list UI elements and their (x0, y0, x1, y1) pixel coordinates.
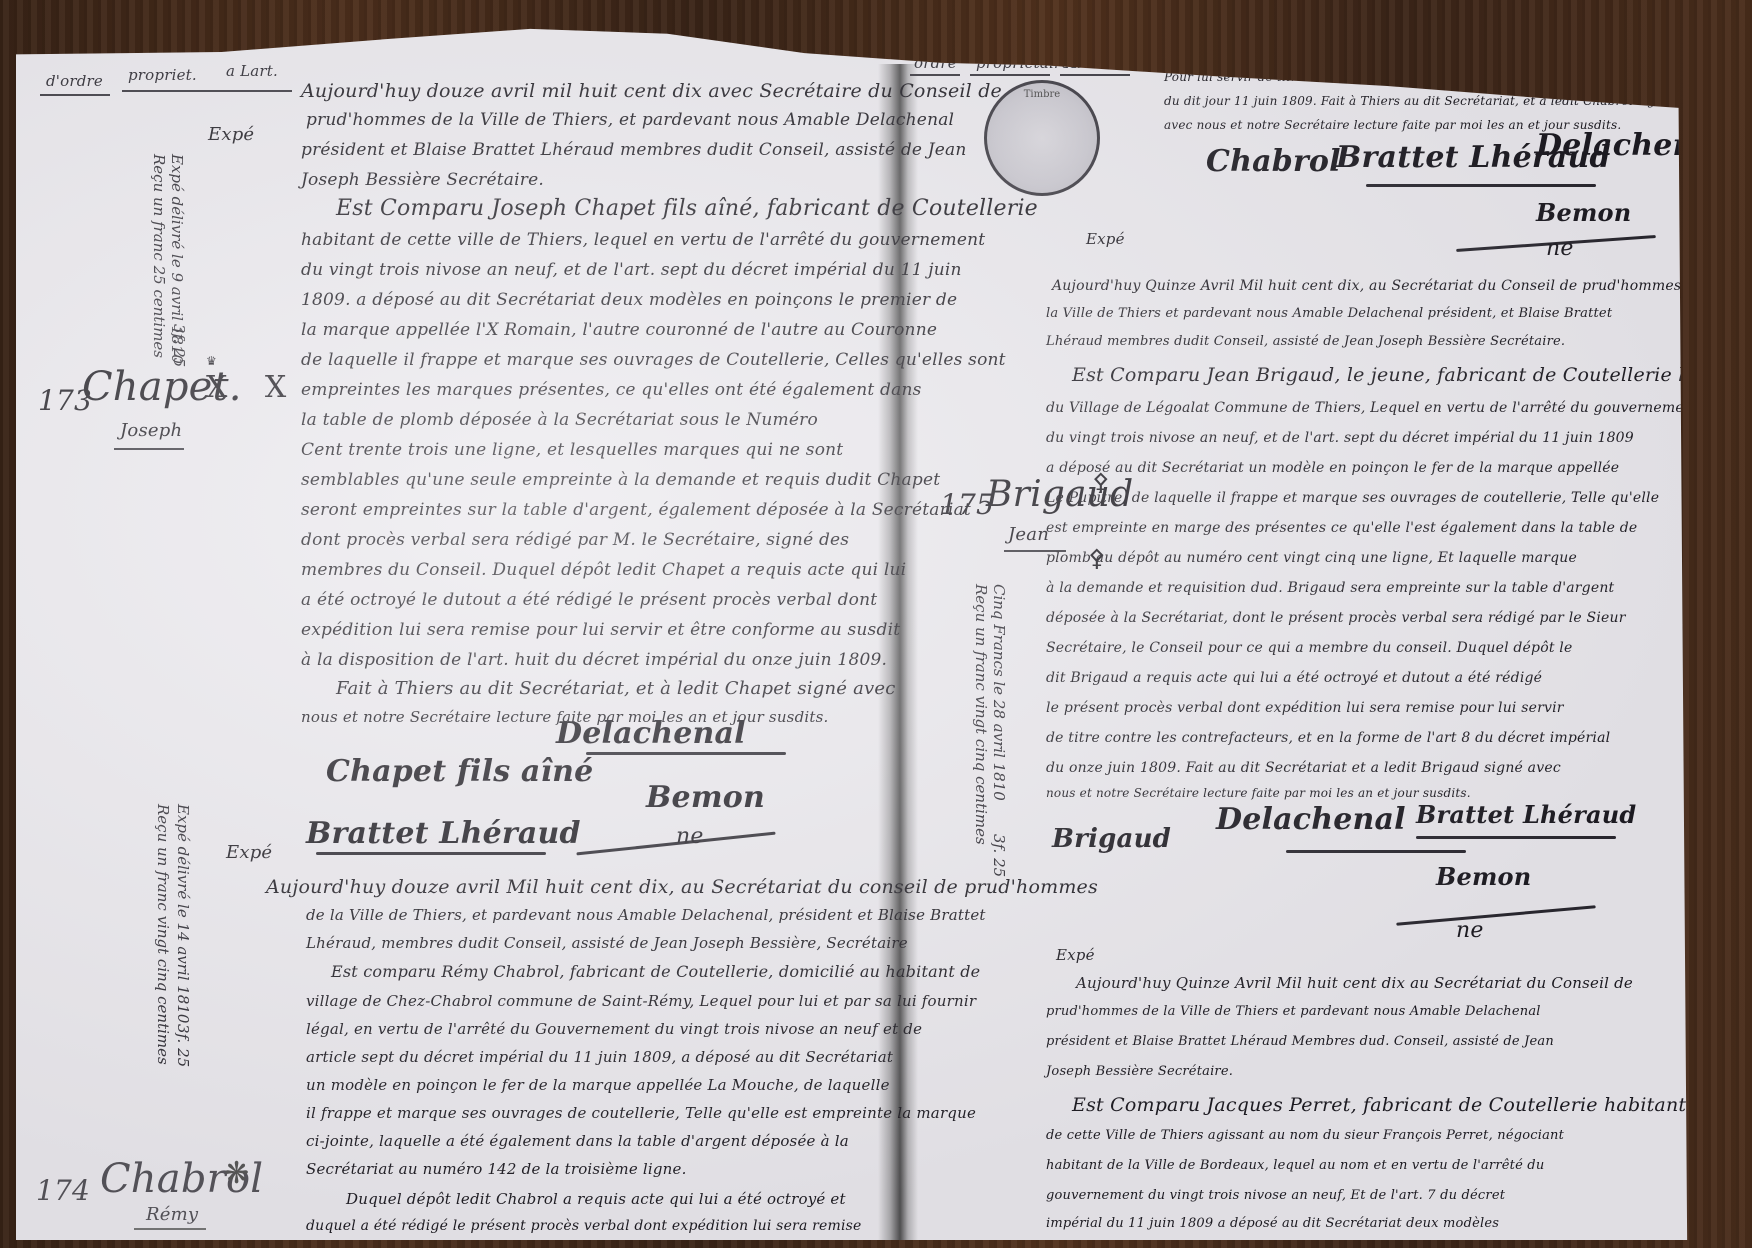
name-underline (134, 1228, 206, 1230)
paraphe: ne (1456, 918, 1484, 943)
margin-note-amount: 3f. 25 (170, 324, 188, 367)
right-page: ordre propriétaires Art. de Timbre Pour … (896, 24, 1696, 1240)
trademark-x-romain: X X (206, 370, 300, 405)
expe-label: Expé (208, 124, 254, 145)
crown-icon: ♛ (206, 354, 217, 368)
signature-flourish (316, 852, 546, 855)
entry-first-name: Joseph (120, 420, 182, 441)
expe-label: Expé (226, 842, 272, 863)
signature: Chabrol (1206, 144, 1341, 179)
margin-note-amount: 3f. 25 (174, 1024, 192, 1067)
signature-flourish (586, 752, 786, 755)
margin-note-delivery: Cinq Francs le 28 avril 1810 (990, 584, 1008, 801)
signature: Chapet fils aîné (326, 754, 593, 789)
entry-number: 174 (36, 1174, 90, 1207)
signature: Delachenal (556, 716, 746, 751)
margin-note-receipt: Reçu un franc vingt cinq centimes (154, 804, 172, 1065)
header-rule (1060, 74, 1130, 76)
margin-note-amount: 3f. 25 (990, 834, 1008, 877)
fly-trademark-icon: ❋ (224, 1156, 249, 1191)
entry-first-name: Jean (1008, 524, 1049, 545)
margin-note-receipt: Reçu un franc 25 centimes (150, 154, 168, 358)
header-col-article: a Lart. (226, 62, 278, 80)
signature-flourish (1416, 836, 1616, 839)
header-rule (970, 74, 1050, 76)
header-rule (40, 94, 110, 96)
signature: Brattet Lhéraud (1416, 800, 1636, 829)
header-rule (122, 90, 292, 92)
header-col-ordre: d'ordre (46, 72, 103, 90)
signature-flourish (1366, 184, 1596, 187)
left-page: d'ordre propriet. a Lart. Expé Expé déli… (16, 24, 886, 1240)
margin-note-receipt: Reçu un franc vingt cinq centimes (972, 584, 990, 845)
signature: Delachenal (1216, 802, 1406, 837)
header-rule (910, 74, 960, 76)
signature-flourish (1286, 850, 1466, 853)
margin-note-delivery: Expé délivré le 14 avril 1810 (174, 804, 192, 1023)
name-underline (114, 448, 184, 450)
register-spread: d'ordre propriet. a Lart. Expé Expé déli… (16, 24, 1730, 1240)
signature: Bemon (1536, 198, 1631, 227)
signature: Bemon (646, 780, 765, 815)
signature: Brattet Lhéraud (306, 816, 581, 851)
entry-first-name: Rémy (146, 1204, 198, 1225)
expe-label: Expé (1056, 946, 1095, 964)
tax-stamp-seal: Timbre (984, 80, 1100, 196)
paraphe: ne (1546, 236, 1574, 261)
header-col-proprietaires: propriet. (128, 66, 197, 84)
expe-label: Expé (1086, 230, 1125, 248)
paraphe: ne (676, 824, 704, 849)
signature: Brigaud (1052, 824, 1171, 854)
signature-flourish (1396, 905, 1596, 925)
signature: Bemon (1436, 862, 1531, 891)
